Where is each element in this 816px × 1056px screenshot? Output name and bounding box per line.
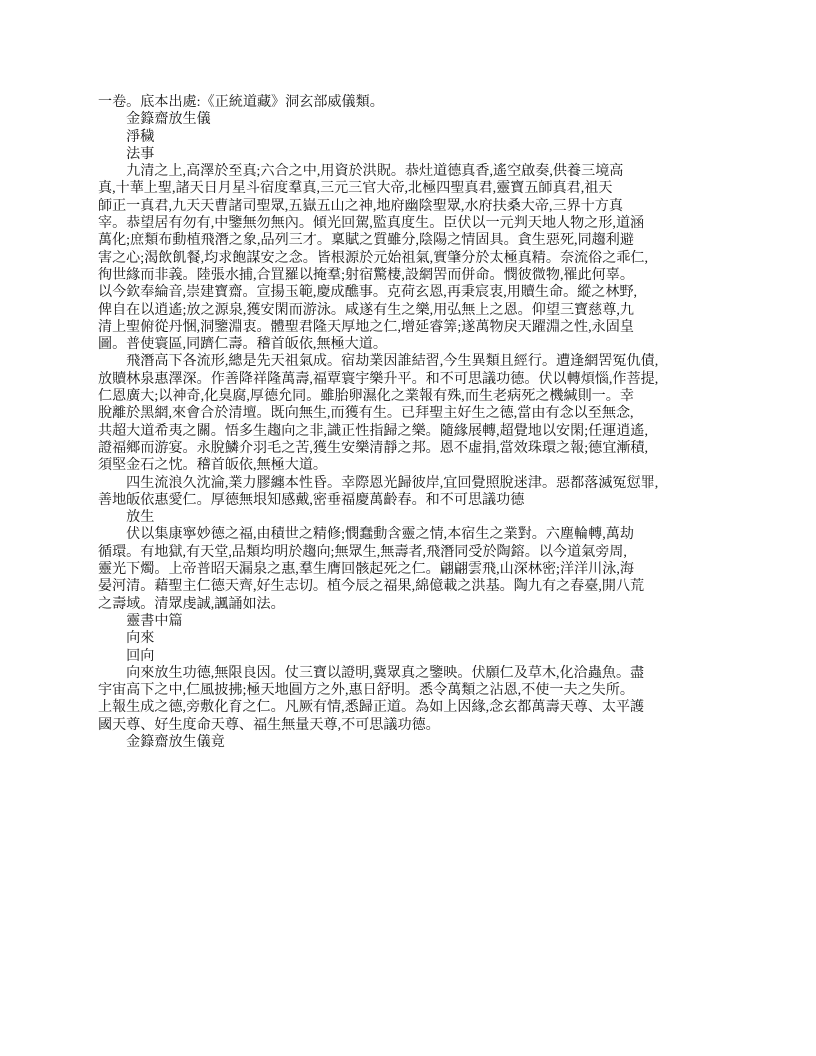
text-line: 四生流浪久沈淪,業力膠纏本性昏。幸際恩光歸彼岸,宜回覺照脫迷津。惡都落滅冤愆罪, (98, 475, 720, 492)
text-line: 真,十華上聖,諸天日月星斗宿度羣真,三元三官大帝,北極四聖真君,靈寶五師真君,祖… (98, 180, 720, 197)
text-line: 靈光下燭。上帝普昭天漏泉之惠,羣生膺回骸起死之仁。翩翩雲飛,山深林密;洋洋川泳,… (98, 561, 720, 578)
text-line: 徇世緣而非義。陸張水捕,合罝羅以掩羣;射宿驚棲,設網罟而併命。憫彼微物,罹此何辜… (98, 267, 720, 284)
text-line-section-lingshu: 靈書中篇 (98, 613, 720, 630)
text-line-source-note: 一卷。底本出處:《正統道藏》洞玄部威儀類。 (98, 94, 720, 111)
text-line: 害之心;渴飲飢餐,均求飽謀安之念。皆根源於元始祖氣,實肇分於太極真精。奈流俗之乖… (98, 250, 720, 267)
text-line: 師正一真君,九天天曹諸司聖眾,五嶽五山之神,地府幽陰聖眾,水府扶桑大帝,三界十方… (98, 198, 720, 215)
text-line-ending: 金籙齋放生儀竟 (98, 734, 720, 751)
text-line: 仁恩廣大;以神奇,化臭腐,厚德允同。雖胎卵濕化之業報有殊,而生老病死之機緘則一。… (98, 388, 720, 405)
text-line: 循環。有地獄,有天堂,品類均明於趨向;無眾生,無壽者,飛潛同受於陶鎔。以今道氣旁… (98, 544, 720, 561)
text-line: 俾自在以逍遙;放之源泉,獲安閑而游泳。咸遂有生之樂,用弘無上之恩。仰望三寶慈尊,… (98, 302, 720, 319)
text-line: 放贖林泉惠澤深。作善降祥隆萬壽,福覃寰宇樂升平。和不可思議功德。伏以轉煩惱,作菩… (98, 371, 720, 388)
text-line: 伏以集康寧妙德之福,由積世之精修;憫蠢動含靈之情,本宿生之業對。六塵輪轉,萬劫 (98, 526, 720, 543)
text-line: 共超大道希夷之關。悟多生趨向之非,識正性指歸之樂。隨緣展轉,超覺地以安閑;任運逍… (98, 423, 720, 440)
text-line: 證福鄉而游宴。永脫鱗介羽毛之苦,獲生安樂清靜之邦。恩不虛捐,當效珠環之報;德宜漸… (98, 440, 720, 457)
text-line: 飛潛高下各流形,總是先天祖氣成。宿劫業因誰結習,今生異類且經行。遭逢網罟冤仇債, (98, 353, 720, 370)
text-line: 之壽域。清眾虔誠,諷誦如法。 (98, 596, 720, 613)
text-line: 向來放生功德,無限良因。仗三寶以證明,冀眾真之鑒映。伏願仁及草木,化洽蟲魚。盡 (98, 665, 720, 682)
text-line-section-fangsheng: 放生 (98, 509, 720, 526)
text-line: 須堅金石之忱。稽首皈依,無極大道。 (98, 457, 720, 474)
text-line-section-fashi: 法事 (98, 146, 720, 163)
text-line: 九清之上,高澤於至真;六合之中,用資於洪貺。恭灶道德真香,遙空啟奏,供養三境高 (98, 163, 720, 180)
text-line: 脫離於黑網,來會合於清壇。既向無生,而獲有生。已拜聖主好生之德,當由有念以至無念… (98, 405, 720, 422)
text-line: 善地皈依惠愛仁。厚德無垠知感戴,密垂福慶萬齡春。和不可思議功德 (98, 492, 720, 509)
text-line-section-jinghui: 淨穢 (98, 129, 720, 146)
text-line: 國天尊、好生度命天尊、福生無量天尊,不可思議功德。 (98, 717, 720, 734)
text-line: 圖。普使寰區,同躋仁壽。稽首皈依,無極大道。 (98, 336, 720, 353)
text-line: 宇宙高下之中,仁風披拂;極天地圓方之外,惠日舒明。悉令萬類之沾恩,不使一夫之失所… (98, 682, 720, 699)
text-line: 萬化;庶類布動植飛潛之象,品列三才。稟賦之質雖分,陰陽之情固具。貪生惡死,同趨利… (98, 232, 720, 249)
text-line: 以今欽奉綸音,崇建寶齋。宣揚玉範,慶成醮事。克荷玄恩,再秉宸衷,用贖生命。縱之林… (98, 284, 720, 301)
text-line: 宰。恭望居有勿有,中鑒無勿無內。傾光回駕,監真度生。臣伏以一元判天地人物之形,道… (98, 215, 720, 232)
text-line: 清上聖俯從丹悃,洞鑒淵衷。體聖君隆天厚地之仁,增延睿筭;遂萬物戾天躍淵之性,永固… (98, 319, 720, 336)
text-line-section-huixiang: 回向 (98, 648, 720, 665)
text-line: 晏河清。藉聖主仁德天齊,好生志切。植今辰之福果,綿億載之洪基。陶九有之春臺,開八… (98, 578, 720, 595)
text-line: 上報生成之德,旁敷化育之仁。凡厥有情,悉歸正道。為如上因緣,念玄都萬壽天尊、太平… (98, 699, 720, 716)
text-line-section-xianglai: 向來 (98, 630, 720, 647)
document-page: 一卷。底本出處:《正統道藏》洞玄部威儀類。 金籙齋放生儀 淨穢 法事 九清之上,… (98, 94, 720, 751)
text-line-title: 金籙齋放生儀 (98, 111, 720, 128)
